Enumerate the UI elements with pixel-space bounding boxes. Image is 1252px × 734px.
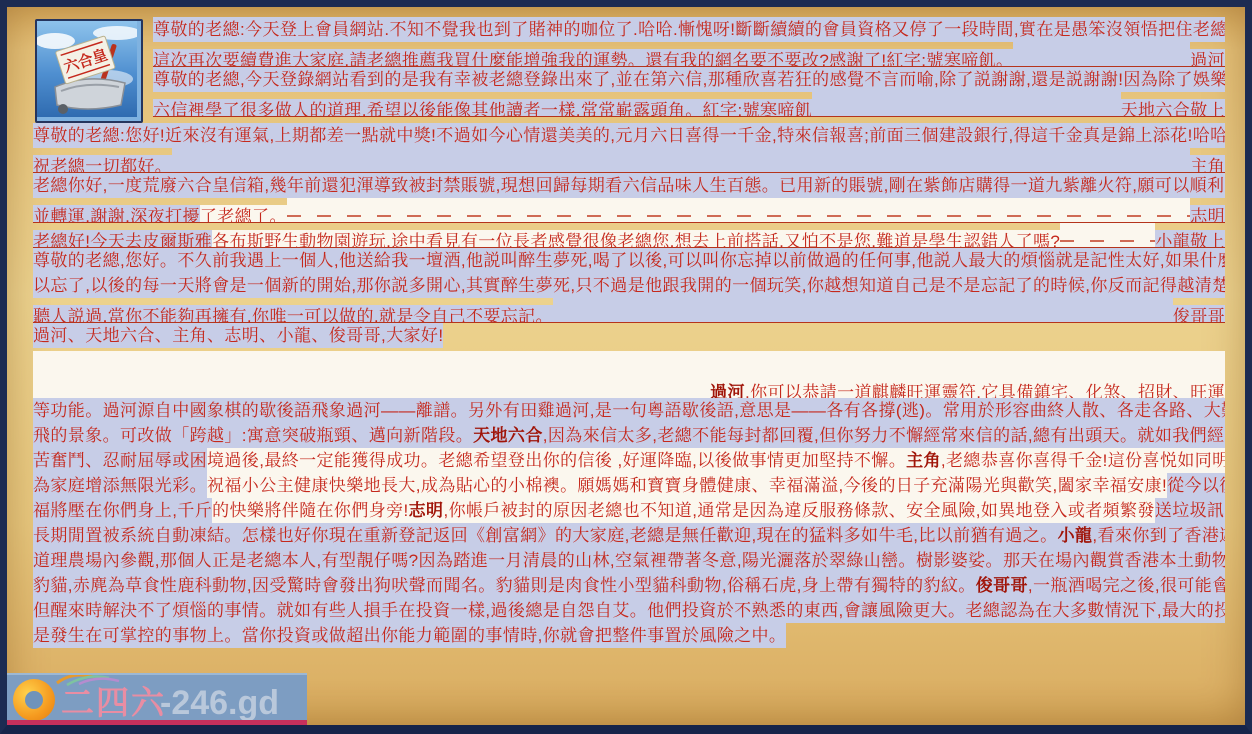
letter-text-segment: 等功能。過河源自中國象棋的歇後語飛象過河——離譜。另外有田雞過河,是一句粵語歇後… [33,398,1225,423]
line-filler [172,148,1190,172]
letter-text-segment: 以忘了,以後的每一天將會是一個新的開始,那你説多開心,其實醉生夢死,只不過是他跟… [33,273,1225,298]
letter-text-segment: 這次再次要續費進大家庭,請老總推薦我買什麼能增強我的運勢。還有我的網名要不要改?… [153,49,1013,67]
white-band [33,351,1225,373]
letter-line: 尊敬的老總,您好。不久前我遇上一個人,他送給我一壇酒,他説叫醉生夢死,喝了以後,… [33,248,1225,273]
letter-text-segment: ,因為來信太多,老總不能每封都回覆,但你努力不懈經常來信的話,總有出頭天。就如我… [543,423,1225,448]
letter-line: 老總你好,一度荒廢六合皇信箱,幾年前還犯渾導致被封禁賬號,現想回歸每期看六信品味… [33,173,1225,198]
letter-text-segment: 長期閒置被系統自動凍結。怎樣也好你現在重新登記返回《創富網》的大家庭,老總是無任… [33,523,1058,548]
reply-addressee-name: 主角 [906,448,941,473]
letter-text-segment: 豹貓,赤麂為草食性鹿科動物,因受驚時會發出狗吠聲而聞名。豹貓則是肉食性小型貓科動… [33,573,976,598]
reply-addressee-name: 俊哥哥 [976,573,1028,598]
watermark-246gd: 二四六-246.gd [7,673,307,725]
letter-line: 尊敬的老總:今天登上會員網站.不知不覺我也到了賭神的咖位了.哈哈.慚愧呀!斷斷續… [153,17,1225,42]
letter-line: 這次再次要續費進大家庭,請老總推薦我買什麼能增強我的運勢。還有我的網名要不要改?… [153,42,1225,67]
signature-name: 志明 [1190,205,1225,223]
letter-text-segment: ,你帳戶被封的原因老總也不知道,通常是因為違反服務條款、安全風險,如異地登入或者… [443,498,1154,523]
letter-line: 長期閒置被系統自動凍結。怎樣也好你現在重新登記返回《創富網》的大家庭,老總是無任… [33,523,1225,548]
letter-text-segment: 從今以後千斤的幸 [1167,473,1225,498]
letter-text-segment: 祝福小公主健康快樂地長大,成為貼心的小棉襖。願媽媽和寶寶身體健康、幸福滿溢,今後… [207,473,1167,498]
line-filler [1013,42,1190,66]
letter-line: 六信裡學了很多做人的道理,希望以後能像其他讀者一樣,常常嶄露頭角。紅字:號寒啼飢… [153,92,1225,117]
letter-line: 以忘了,以後的每一天將會是一個新的開始,那你説多開心,其實醉生夢死,只不過是他跟… [33,273,1225,298]
letter-line: 祝老總一切都好。主角 [33,148,1225,173]
line-filler [812,92,1120,116]
line-filler [553,298,1173,322]
letter-line: 為家庭增添無限光彩。祝福小公主健康快樂地長大,成為貼心的小棉襖。願媽媽和寶寶身體… [33,473,1225,498]
letter-text-segment: 了老總了。 [200,205,287,223]
letter-content: 六合皇 尊敬的老總:今天登上會員網站.不知不覺我也到了賭神的咖位了.哈哈.慚愧呀… [7,7,1245,648]
watermark-chinese-text: 二四六 [61,684,166,721]
letter-text-segment: 祝老總一切都好。 [33,155,172,173]
letter-text-segment: ,你可以恭請一道麒麟旺運靈符,它具備鎮宅、化煞、招財、旺運 [745,380,1225,398]
line-filler [1060,223,1155,247]
letter-line: 福將壓在你們身上,千斤的快樂將伴隨在你們身旁!志明,你帳戶被封的原因老總也不知道… [33,498,1225,523]
mailbox-wheel [58,104,68,114]
letter-text-segment: 道理農場內參觀,那個人正是老總本人,有型靚仔嗎?因為踏進一月清晨的山林,空氣裡帶… [33,548,1225,573]
watermark-text: 二四六-246.gd [61,677,279,724]
letter-line: 並轉運,謝謝,深夜打擾了老總了。志明 [33,198,1225,223]
signature-name: 過河 [1190,49,1225,67]
letter-text-segment: 尊敬的老總,今天登錄網站看到的是我有幸被老總登錄出來了,並在第六信,那種欣喜若狂… [153,67,1225,92]
letter-text-segment: 福將壓在你們身上,千斤 [33,498,212,523]
letter-text-segment: 尊敬的老總:您好!近來沒有運氣,上期都差一點就中獎!不過如今心情還美美的,元月六… [33,123,1225,148]
letter-text-segment: 的快樂將伴隨在你們身旁! [212,498,409,523]
letter-text-segment: 聽人説過,當你不能夠再擁有,你唯一可以做的,就是令自己不要忘記。 [33,305,553,323]
letter-line: 是發生在可掌控的事物上。當你投資或做超出你能力範圍的事情時,你就會把整件事置於風… [33,623,786,648]
signature-name: 天地六合敬上 [1121,99,1225,117]
letter-text-segment: 為家庭增添無限光彩。 [33,473,207,498]
letter-text-segment: 但醒來時解決不了煩惱的事情。就如有些人損手在投資一樣,過後總是自怨自艾。他們投資… [33,598,1225,623]
letter-line: 苦奮鬥、忍耐屈辱或困境過後,最終一定能獲得成功。老總希望登出你的信後 ,好運降臨… [33,448,1225,473]
watermark-domain-text: -246.gd [160,684,279,722]
letter-line: 道理農場內參觀,那個人正是老總本人,有型靚仔嗎?因為踏進一月清晨的山林,空氣裡帶… [33,548,1225,573]
indent-spacer [33,373,710,398]
letter-line: 尊敬的老總,今天登錄網站看到的是我有幸被老總登錄出來了,並在第六信,那種欣喜若狂… [153,67,1225,92]
letter-line: 但醒來時解決不了煩惱的事情。就如有些人損手在投資一樣,過後總是自怨自艾。他們投資… [33,598,1225,623]
letter-text-segment: 送垃圾訊息,或因 [1155,498,1225,523]
letter-line: 老總好!今天去皮爾斯雅各布斯野生動物園遊玩,途中看見有一位長者感覺很像老總您,想… [33,223,1225,248]
letter-text-segment: 各布斯野生動物園遊玩,途中看見有一位長者感覺很像老總您,想去上前搭話,又怕不是您… [212,230,1060,248]
letter-text-segment: 六信裡學了很多做人的道理,希望以後能像其他讀者一樣,常常嶄露頭角。紅字:號寒啼飢 [153,99,812,117]
letter-text-segment: 並轉運,謝謝,深夜打擾 [33,205,200,223]
body-letter-lines: 尊敬的老總:您好!近來沒有運氣,上期都差一點就中獎!不過如今心情還美美的,元月六… [33,123,1225,648]
letter-line: 飛的景象。可改做「跨越」:寓意突破瓶頸、邁向新階段。天地六合,因為來信太多,老總… [33,423,1225,448]
letter-line: 過河、天地六合、主角、志明、小龍、俊哥哥,大家好! [33,323,443,348]
letter-text-segment: 苦奮鬥、忍耐屈辱或困 [33,448,207,473]
letter-text-segment: 飛的景象。可改做「跨越」:寓意突破瓶頸、邁向新階段。 [33,423,473,448]
reply-addressee-name: 志明 [409,498,444,523]
letter-text-segment: 尊敬的老總:今天登上會員網站.不知不覺我也到了賭神的咖位了.哈哈.慚愧呀!斷斷續… [153,17,1225,42]
reply-addressee-name: 小龍 [1058,523,1093,548]
letter-line: 尊敬的老總:您好!近來沒有運氣,上期都差一點就中獎!不過如今心情還美美的,元月六… [33,123,1225,148]
letter-page: 六合皇 尊敬的老總:今天登上會員網站.不知不覺我也到了賭神的咖位了.哈哈.慚愧呀… [0,0,1252,734]
header-letter-lines: 尊敬的老總:今天登上會員網站.不知不覺我也到了賭神的咖位了.哈哈.慚愧呀!斷斷續… [153,17,1225,117]
signature-name: 小龍敬上 [1155,230,1225,248]
letter-text-segment: ,老總恭喜你喜得千金!這份喜悦如同明珠入掌, [941,448,1225,473]
letter-text-segment: 老總好!今天去皮爾斯雅 [33,230,212,248]
signature-name: 主角 [1190,155,1225,173]
letter-text-segment: 境過後,最終一定能獲得成功。老總希望登出你的信後 ,好運降臨,以後做事情更加堅持… [207,448,906,473]
letter-line: 等功能。過河源自中國象棋的歇後語飛象過河——離譜。另外有田雞過河,是一句粵語歇後… [33,398,1225,423]
line-filler [287,198,1190,222]
letter-line: 豹貓,赤麂為草食性鹿科動物,因受驚時會發出狗吠聲而聞名。豹貓則是肉食性小型貓科動… [33,573,1225,598]
signature-name: 俊哥哥 [1173,305,1225,323]
mailbox-logo: 六合皇 [35,19,143,123]
letter-text-segment: 老總你好,一度荒廢六合皇信箱,幾年前還犯渾導致被封禁賬號,現想回歸每期看六信品味… [33,173,1225,198]
watermark-logo-circle-hole [25,691,43,709]
letter-text-segment: 是發生在可掌控的事物上。當你投資或做超出你能力範圍的事情時,你就會把整件事置於風… [33,623,786,648]
letter-line: 過河,你可以恭請一道麒麟旺運靈符,它具備鎮宅、化煞、招財、旺運 [33,373,1225,398]
mailbox-logo-image: 六合皇 [37,21,137,117]
letter-text-segment: ,看來你到了香港遊覽,在嘉 [1092,523,1225,548]
watermark-red-strip [7,720,307,725]
letter-text-segment: 尊敬的老總,您好。不久前我遇上一個人,他送給我一壇酒,他説叫醉生夢死,喝了以後,… [33,248,1225,273]
letter-header-row: 六合皇 尊敬的老總:今天登上會員網站.不知不覺我也到了賭神的咖位了.哈哈.慚愧呀… [33,17,1225,123]
reply-addressee-name: 過河 [710,380,745,398]
letter-line: 聽人説過,當你不能夠再擁有,你唯一可以做的,就是令自己不要忘記。俊哥哥 [33,298,1225,323]
reply-addressee-name: 天地六合 [473,423,543,448]
letter-text-segment: 過河、天地六合、主角、志明、小龍、俊哥哥,大家好! [33,323,443,348]
letter-text-segment: ,一瓶酒喝完之後,很可能會醉倒, [1028,573,1225,598]
